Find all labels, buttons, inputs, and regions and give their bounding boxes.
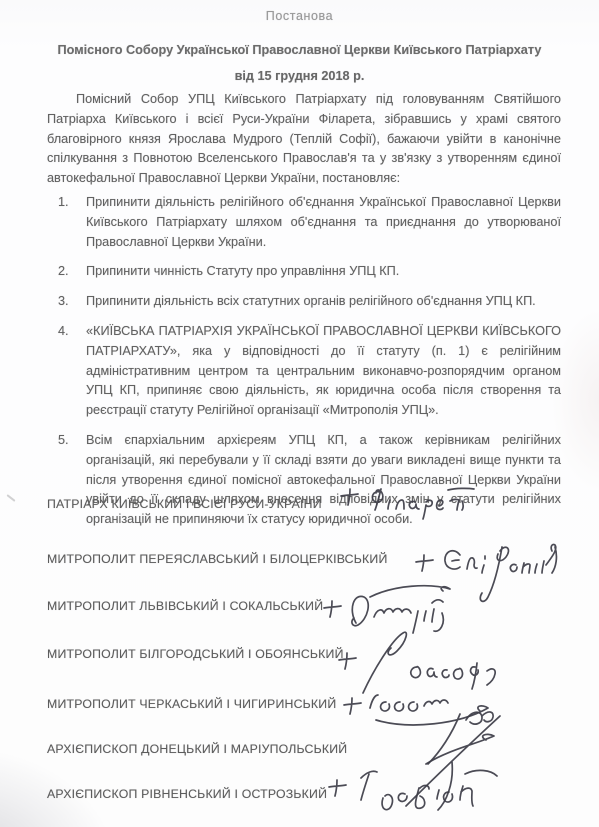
item-number: 5. <box>58 431 69 451</box>
scanned-document-page: Постанова Помісного Собору Української П… <box>0 0 599 827</box>
document-title: Постанова <box>0 9 599 23</box>
item-number: 2. <box>58 262 69 282</box>
signatory-title-archbishop-rivne: АРХІЄПИСКОП РІВНЕНСЬКИЙ І ОСТРОЗЬКИЙ <box>47 787 327 801</box>
resolution-item-2: 2. Припинити чинність Статуту про управл… <box>47 262 561 282</box>
item-text: Припинити чинність Статуту про управлінн… <box>86 264 399 278</box>
item-text: Припинити діяльність релігійного об'єдна… <box>86 195 561 249</box>
signatory-title-metropolitan-bilhorod: МИТРОПОЛИТ БІЛГОРОДСЬКИЙ І ОБОЯНСЬКИЙ <box>47 647 344 661</box>
preamble-paragraph: Помісний Собор УПЦ Київського Патріархат… <box>47 90 561 189</box>
resolution-item-1: 1. Припинити діяльність релігійного об'є… <box>47 193 561 252</box>
signature-ilarion <box>325 758 535 826</box>
signature-filaret <box>336 479 521 527</box>
signatory-title-archbishop-donetsk: АРХІЄПИСКОП ДОНЕЦЬКИЙ І МАРІУПОЛЬСЬКИЙ <box>47 742 347 756</box>
item-text: Припинити діяльність всіх статутних орга… <box>86 294 536 308</box>
signatory-title-metropolitan-pereiaslav: МИТРОПОЛИТ ПЕРЕЯСЛАВСЬКИЙ І БІЛОЦЕРКІВСЬ… <box>47 552 387 566</box>
signatory-title-metropolitan-cherkasy: МИТРОПОЛИТ ЧЕРКАСЬКИЙ І ЧИГИРИНСЬКИЙ <box>47 697 336 711</box>
signatory-title-metropolitan-lviv: МИТРОПОЛИТ ЛЬВІВСЬКИЙ І СОКАЛЬСЬКИЙ <box>47 599 323 613</box>
item-number: 4. <box>58 322 69 342</box>
document-date: від 15 грудня 2018 р. <box>0 69 599 83</box>
item-number: 3. <box>58 292 69 312</box>
document-subtitle: Помісного Собору Української Православно… <box>0 43 599 57</box>
item-text: «КИЇВСЬКА ПАТРІАРХІЯ УКРАЇНСЬКОЇ ПРАВОСЛ… <box>86 324 561 417</box>
item-number: 1. <box>58 193 69 213</box>
resolution-item-4: 4. «КИЇВСЬКА ПАТРІАРХІЯ УКРАЇНСЬКОЇ ПРАВ… <box>47 322 561 421</box>
signatory-title-patriarch-kyiv: ПАТРІАРХ КИЇВСЬКИЙ І ВСІЄЇ РУСИ-УКРАЇНИ <box>47 497 322 511</box>
scan-artifact-speck <box>6 494 15 502</box>
resolution-item-3: 3. Припинити діяльність всіх статутних о… <box>47 292 561 312</box>
